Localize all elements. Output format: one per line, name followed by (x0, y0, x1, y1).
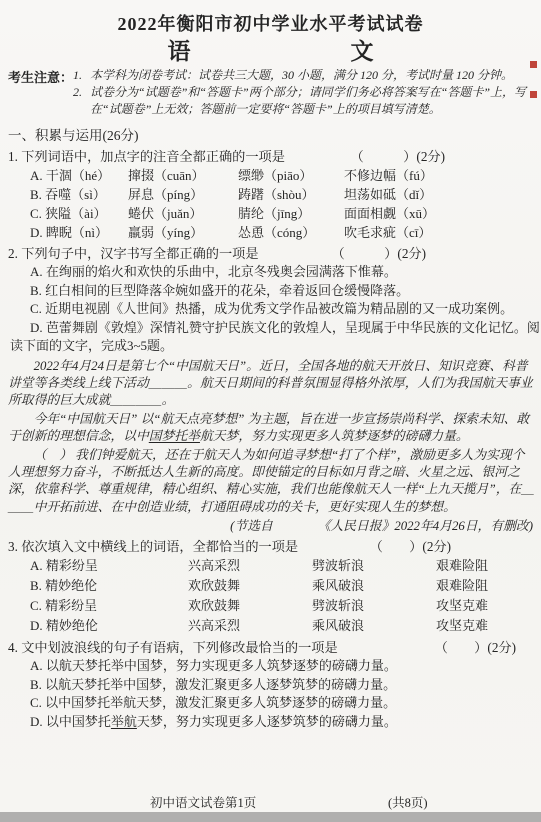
option-word: 精彩纷呈 (46, 558, 98, 573)
q2-stem-text: 2. 下列句子中，汉字书写全都正确的一项是 (8, 244, 259, 263)
option-word: 缥缈（piāo） (238, 166, 344, 185)
option-text: 近期电视剧《人世间》热播，成为优秀文学作品被改篇为精品剧的又一成功案例。 (45, 301, 513, 316)
option-text: 以航天梦托举中国梦，努力实现更多人筑梦逐梦的磅礴力量。 (46, 658, 397, 673)
red-mark-icon (530, 61, 537, 68)
q2-option-a: A. 在绚丽的焰火和欢快的乐曲中，北京冬残奥会园满落下惟幕。 (0, 263, 541, 282)
option-label: D. (30, 225, 43, 240)
q3-option-d: D. 精妙绝伦 兴高采烈 乘风破浪 攻坚克难 (0, 616, 541, 636)
option-word: 精妙绝伦 (46, 618, 98, 633)
q4-option-b: B. 以航天梦托举中国梦，激发汇聚更多人逐梦筑梦的磅礴力量。 (0, 676, 541, 695)
option-label: A. (30, 264, 43, 279)
red-mark-icon (530, 91, 537, 98)
notice-number: 2. (73, 84, 90, 118)
q1-stem-text: 1. 下列词语中，加点字的注音全都正确的一项是 (8, 147, 285, 166)
candidate-notice: 考生注意： 1. 本学科为闭卷考试：试卷共三大题，30 小题，满分 120 分，… (0, 65, 541, 118)
exam-title: 2022年衡阳市初中学业水平考试试卷 (0, 0, 541, 36)
q1-answer-bracket: （ ）(2分) (350, 147, 445, 166)
option-label: A. (30, 558, 43, 573)
option-word: 乘风破浪 (312, 576, 436, 596)
option-word: 狭隘（ài） (45, 206, 106, 221)
option-word: 怂恿（cóng） (238, 223, 344, 242)
option-cell: C. 精彩纷呈 (30, 596, 188, 616)
page-footer: 初中语文试卷第1页 (共8页) (0, 793, 541, 809)
option-cell: C. 狭隘（ài） (30, 204, 128, 223)
option-label: B. (30, 578, 42, 593)
option-word: 睥睨（nì） (46, 225, 108, 240)
option-cell: D. 精妙绝伦 (30, 616, 188, 636)
option-word: 兴高采烈 (188, 556, 312, 576)
q2-answer-bracket: （ ）(2分) (331, 244, 426, 263)
q4-stem: 4. 文中划波浪线的句子有语病，下列修改最恰当的一项是 （ ）(2分) (0, 638, 541, 657)
option-word: 吹毛求疵（cī） (344, 223, 541, 242)
option-text: 以中国梦托举航天梦，努力实现更多人逐梦筑梦的磅礴力量。 (46, 714, 397, 729)
option-word: 精彩纷呈 (45, 598, 97, 613)
q1-option-c: C. 狭隘（ài） 蜷伏（juǎn） 腈纶（jīng） 面面相觑（xū） (0, 204, 541, 223)
q2-option-b: B. 红白相间的巨型降落伞婉如盛开的花朵，牵着返回仓缓慢降落。 (0, 282, 541, 301)
q3-stem-text: 3. 依次填入文中横线上的词语，全都恰当的一项是 (8, 537, 298, 556)
reading-passage: 2022年4月24日是第七个“中国航天日”。近日，全国各地的航天开放日、知识竞赛… (0, 358, 541, 517)
option-word: 乘风破浪 (312, 616, 436, 636)
option-label: C. (30, 598, 42, 613)
q4-option-a: A. 以航天梦托举中国梦，努力实现更多人筑梦逐梦的磅礴力量。 (0, 657, 541, 676)
option-word: 攻坚克难 (436, 596, 541, 616)
option-label: D. (30, 714, 43, 729)
option-text: 芭蕾舞剧《敦煌》深情礼赞守护民族文化的敦煌人，呈现属于中华民族的文化记忆。 (46, 320, 527, 335)
section-one-heading: 一、积累与运用(26分) (0, 126, 541, 145)
q3-option-a: A. 精彩纷呈 兴高采烈 劈波斩浪 艰难险阻 (0, 556, 541, 576)
q4-option-c: C. 以中国梦托举航天梦，激发汇聚更多人筑梦逐梦的磅礴力量。 (0, 694, 541, 713)
q4-stem-text: 4. 文中划波浪线的句子有语病，下列修改最恰当的一项是 (8, 638, 338, 657)
notice-text: 本学科为闭卷考试：试卷共三大题，30 小题，满分 120 分，考试时量 120 … (90, 67, 535, 84)
option-label: C. (30, 301, 42, 316)
option-label: B. (30, 187, 42, 202)
q4-option-d: D. 以中国梦托举航天梦，努力实现更多人逐梦筑梦的磅礴力量。 (0, 713, 541, 732)
option-label: A. (30, 658, 43, 673)
option-text: 红白相间的巨型降落伞婉如盛开的花朵，牵着返回仓缓慢降落。 (45, 283, 409, 298)
notice-item-1: 1. 本学科为闭卷考试：试卷共三大题，30 小题，满分 120 分，考试时量 1… (73, 67, 535, 84)
exam-paper-page: 2022年衡阳市初中学业水平考试试卷 语 文 考生注意： 1. 本学科为闭卷考试… (0, 0, 541, 822)
notice-number: 1. (73, 67, 90, 84)
option-text-pre: 以中国梦托 (46, 714, 111, 729)
q1-option-a: A. 干涸（hé） 撺掇（cuān） 缥缈（piāo） 不修边幅（fú） (0, 166, 541, 185)
option-text-post: 天梦，努力实现更多人逐梦筑梦的磅礴力量。 (137, 714, 397, 729)
option-word: 蜷伏（juǎn） (128, 204, 238, 223)
q1-option-d: D. 睥睨（nì） 羸弱（yíng） 怂恿（cóng） 吹毛求疵（cī） (0, 223, 541, 242)
q3-option-c: C. 精彩纷呈 欢欣鼓舞 劈波斩浪 攻坚克难 (0, 596, 541, 616)
passage-paragraph-2: 今年“中国航天日” 以“航天点亮梦想” 为主题，旨在进一步宣扬崇尚科学、探索未知… (8, 411, 535, 446)
underlined-phrase: 举航 (111, 714, 137, 729)
footer-pages-total: (共8页) (388, 793, 428, 811)
option-label: B. (30, 677, 42, 692)
option-text: 在绚丽的焰火和欢快的乐曲中，北京冬残奥会园满落下惟幕。 (46, 264, 397, 279)
notice-label: 考生注意： (8, 67, 73, 118)
option-word: 面面相觑（xū） (344, 204, 541, 223)
q1-stem: 1. 下列词语中，加点字的注音全都正确的一项是 （ ）(2分) (0, 147, 541, 166)
option-word: 兴高采烈 (188, 616, 312, 636)
option-word: 艰难险阻 (436, 576, 541, 596)
option-cell: B. 吞噬（sì） (30, 185, 128, 204)
notice-items: 1. 本学科为闭卷考试：试卷共三大题，30 小题，满分 120 分，考试时量 1… (73, 67, 535, 118)
passage-source: (节选自 《人民日报》2022年4月26日，有删改) (0, 517, 541, 535)
option-word: 艰难险阻 (436, 556, 541, 576)
option-word: 欢欣鼓舞 (188, 576, 312, 596)
subject-name: 语 文 (0, 39, 541, 65)
option-label: D. (30, 618, 43, 633)
footer-page-number: 初中语文试卷第1页 (150, 793, 256, 811)
option-word: 腈纶（jīng） (238, 204, 344, 223)
q1-option-b: B. 吞噬（sì） 屏息（píng） 踌躇（shòu） 坦荡如砥（dǐ） (0, 185, 541, 204)
option-cell: A. 精彩纷呈 (30, 556, 188, 576)
option-label: C. (30, 695, 42, 710)
q2-option-c: C. 近期电视剧《人世间》热播，成为优秀文学作品被改篇为精品剧的又一成功案例。 (0, 300, 541, 319)
q2-option-d: D. 芭蕾舞剧《敦煌》深情礼赞守护民族文化的敦煌人，呈现属于中华民族的文化记忆。… (0, 319, 541, 356)
option-label: C. (30, 206, 42, 221)
subject-char-right: 文 (351, 39, 374, 65)
option-cell: D. 睥睨（nì） (30, 223, 128, 242)
passage-paragraph-1: 2022年4月24日是第七个“中国航天日”。近日，全国各地的航天开放日、知识竞赛… (8, 358, 535, 410)
underlined-phrase: 国梦托举 (149, 429, 200, 443)
option-text: 以中国梦托举航天梦，激发汇聚更多人筑梦逐梦的磅礴力量。 (45, 695, 396, 710)
passage-paragraph-3: （ ） 我们钟爱航天，还在于航天人为如何追寻梦想“打了个样”，激励更多人为实现个… (8, 447, 535, 517)
option-label: A. (30, 168, 43, 183)
option-word: 欢欣鼓舞 (188, 596, 312, 616)
option-word: 吞噬（sì） (45, 187, 106, 202)
option-word: 攻坚克难 (436, 616, 541, 636)
option-word: 干涸（hé） (46, 168, 110, 183)
q3-option-b: B. 精妙绝伦 欢欣鼓舞 乘风破浪 艰难险阻 (0, 576, 541, 596)
option-word: 劈波斩浪 (312, 596, 436, 616)
q3-stem: 3. 依次填入文中横线上的词语，全都恰当的一项是 （ ）(2分) (0, 537, 541, 556)
q4-answer-bracket: （ ）(2分) (435, 638, 516, 657)
option-word: 踌躇（shòu） (238, 185, 344, 204)
passage-text: 航天梦，努力实现更多人筑梦逐梦的磅礴力量。 (200, 429, 469, 443)
option-cell: A. 干涸（hé） (30, 166, 128, 185)
option-word: 羸弱（yíng） (128, 223, 238, 242)
scan-bottom-bar (0, 812, 541, 822)
option-cell: B. 精妙绝伦 (30, 576, 188, 596)
option-word: 坦荡如砥（dǐ） (344, 185, 541, 204)
option-label: D. (30, 320, 43, 335)
option-word: 劈波斩浪 (312, 556, 436, 576)
option-label: B. (30, 283, 42, 298)
option-word: 屏息（píng） (128, 185, 238, 204)
option-word: 不修边幅（fú） (344, 166, 541, 185)
option-word: 撺掇（cuān） (128, 166, 238, 185)
q3-answer-bracket: （ ）(2分) (370, 537, 451, 556)
subject-char-left: 语 (168, 39, 191, 65)
q2-stem: 2. 下列句子中，汉字书写全都正确的一项是 （ ）(2分) (0, 244, 541, 263)
notice-item-2: 2. 试卷分为“试题卷”和“答题卡”两个部分；请同学们务必将答案写在“答题卡”上… (73, 84, 535, 118)
option-word: 精妙绝伦 (45, 578, 97, 593)
notice-text: 试卷分为“试题卷”和“答题卡”两个部分；请同学们务必将答案写在“答题卡”上，写在… (90, 84, 535, 118)
option-text: 以航天梦托举中国梦，激发汇聚更多人逐梦筑梦的磅礴力量。 (45, 677, 396, 692)
